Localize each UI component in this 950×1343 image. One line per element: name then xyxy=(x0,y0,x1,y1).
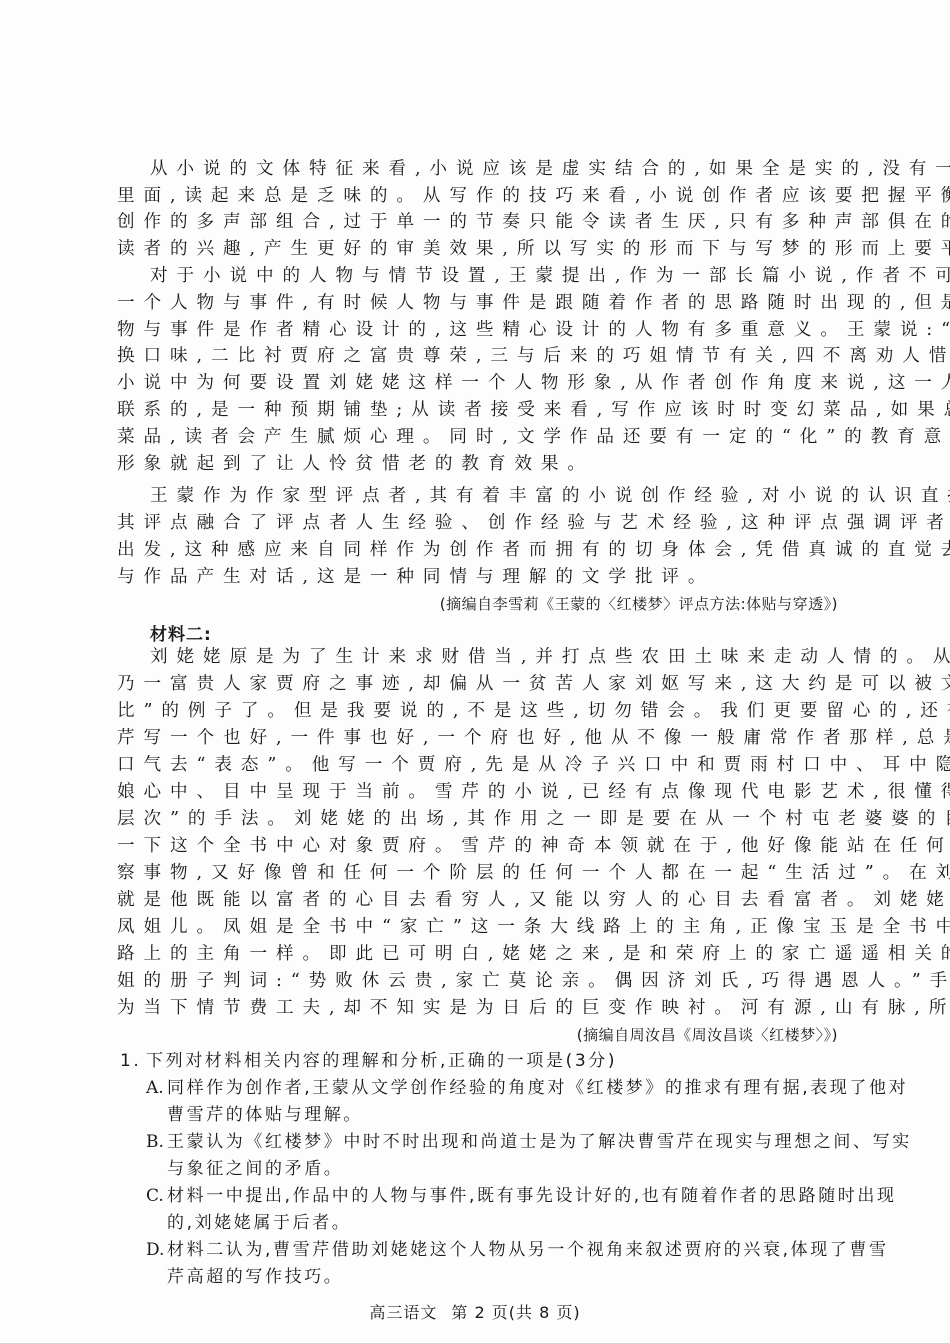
text-line: 菜品,读者会产生腻烦心理。同时,文学作品还要有一定的“化”的教育意义,刘姥姥这一… xyxy=(117,426,950,448)
text-line: 娘心中、目中呈现于当前。雪芹的小说,已经有点像现代电影艺术,很懂得运用“多角度”… xyxy=(117,781,950,803)
text-line: 路上的主角一样。即此已可明白,姥姥之来,是和荣府上的家亡遥遥相关的。试看第五回中… xyxy=(117,943,950,965)
option-a-text: 曹雪芹的体贴与理解。 xyxy=(167,1104,363,1126)
text-line: 为当下情节费工夫,却不知实是为日后的巨变作映衬。河有源,山有脉,所谓“伏线千里之… xyxy=(117,997,950,1019)
text-line: 对于小说中的人物与情节设置,王蒙提出,作为一部长篇小说,作者不可能事先设置好每 xyxy=(150,265,950,287)
source-citation: (摘编自周汝昌《周汝昌谈〈红楼梦〉》) xyxy=(577,1024,838,1046)
page-footer: 高三语文第 2 页(共 8 页) xyxy=(0,1300,950,1323)
text-line: 其评点融合了评点者人生经验、创作经验与艺术经验,这种评点强调评者要从作品给他的感… xyxy=(117,512,950,534)
text-line: 察事物,又好像曾和任何一个阶层的任何一个人都在一起“生活过”。在刘姥姥这个例子上… xyxy=(117,862,950,884)
option-d-text: 材料二认为,曹雪芹借助刘姥姥这个人物从另一个视角来叙述贾府的兴衰,体现了曹雪 xyxy=(167,1239,889,1261)
text-line: 与作品产生对话,这是一种同情与理解的文学批评。 xyxy=(117,566,714,588)
text-line: 口气去“表态”。他写一个贾府,先是从冷子兴口中和贾雨村口中、耳中隐约于远处,又从… xyxy=(117,754,950,776)
option-a-letter: A. xyxy=(146,1077,164,1099)
option-b-text: 王蒙认为《红楼梦》中时不时出现和尚道士是为了解决曹雪芹在现实与理想之间、写实 xyxy=(167,1131,912,1153)
option-c-text: 材料一中提出,作品中的人物与事件,既有事先设计好的,也有随着作者的思路随时出现 xyxy=(167,1185,897,1207)
option-d-letter: D. xyxy=(146,1239,164,1261)
text-line: 读者的兴趣,产生更好的审美效果,所以写实的形而下与写梦的形而上要平衡起来。 xyxy=(117,238,950,260)
text-line: 乃一富贵人家贾府之事迹,却偏从一贫苦人家刘妪写来,这大约是可以被文艺家称为“善用… xyxy=(117,673,950,695)
footer-page-number: 第 2 页(共 8 页) xyxy=(451,1303,580,1322)
option-b-text: 与象征之间的矛盾。 xyxy=(167,1158,343,1180)
text-line: 联系的,是一种预期铺垫;从读者接受来看,写作应该时时变幻菜品,如果总是给读者提供… xyxy=(117,399,950,421)
text-line: 姐的册子判词:“势败休云贵,家亡莫论亲。偶因济刘氏,巧得遇恩人。”手写此而目注彼… xyxy=(117,970,950,992)
option-c-letter: C. xyxy=(146,1185,164,1207)
option-d-text: 芹高超的写作技巧。 xyxy=(167,1266,343,1288)
text-line: 里面,读起来总是乏味的。从写作的技巧来看,小说创作者应该要把握平衡原则,类似于音… xyxy=(117,185,950,207)
option-b-letter: B. xyxy=(146,1131,164,1153)
question-number: 1. xyxy=(120,1050,141,1072)
text-line: 出发,这种感应来自同样作为创作者而拥有的切身体会,凭借真诚的直觉去体验创作,更容… xyxy=(117,539,950,561)
text-line: 凤姐儿。凤姐是全书中“家亡”这一条大线路上的主角,正像宝玉是全书中“人散”这一条… xyxy=(117,916,950,938)
text-line: 小说中为何要设置刘姥姥这样一个人物形象,从作者创作角度来说,这一人物是与后文有密… xyxy=(117,372,950,394)
text-line: 一下这个全书中心对象贾府。雪芹的神奇本领就在于,他好像能站在任何一个“立场点”去… xyxy=(117,835,950,857)
text-line: 比”的例子了。但是我要说的,不是这些,切勿错会。我们更要留心的,还有一层道理,就… xyxy=(117,700,950,722)
question-stem: 下列对材料相关内容的理解和分析,正确的一项是(3分) xyxy=(146,1050,617,1072)
option-c-text: 的,刘姥姥属于后者。 xyxy=(167,1212,351,1234)
text-line: 层次”的手法。刘姥姥的出场,其作用之一即是要在从一个村屯老婆婆的目中、心中,来显… xyxy=(117,808,950,830)
section-heading: 材料二: xyxy=(150,620,212,645)
text-line: 创作的多声部组合,过于单一的节奏只能令读者生厌,只有多种声部俱在的复调结构才能引… xyxy=(117,211,950,233)
text-line: 王蒙作为作家型评点者,其有着丰富的小说创作经验,对小说的认识直接而更令人信服, xyxy=(150,485,950,507)
text-line: 刘姥姥原是为了生计来求财借当,并打点些农田土味来走动人情的。从这个角度讲,全书 xyxy=(150,646,950,668)
text-line: 换口味,二比衬贾府之富贵尊荣,三与后来的巧姐情节有关,四不离劝人惜老怜贫之旨。”… xyxy=(117,345,950,367)
exam-page: 从小说的文体特征来看,小说应该是虚实结合的,如果全是实的,没有一点想象的东西在 … xyxy=(0,0,950,1343)
option-a-text: 同样作为创作者,王蒙从文学创作经验的角度对《红楼梦》的推求有理有据,表现了他对 xyxy=(167,1077,908,1099)
footer-subject: 高三语文 xyxy=(369,1303,437,1322)
text-line: 形象就起到了让人怜贫惜老的教育效果。 xyxy=(117,453,594,475)
text-line: 物与事件是作者精心设计的,这些精心设计的人物有多重意义。王蒙说:“硬要写刘姥姥,… xyxy=(117,319,950,341)
text-line: 一个人物与事件,有时候人物与事件是跟随着作者的思路随时出现的,但是,也存在有一些… xyxy=(117,292,950,314)
source-citation: (摘编自李雪莉《王蒙的〈红楼梦〉评点方法:体贴与穿透》) xyxy=(440,593,838,615)
text-line: 就是他既能以富者的心目去看穷人,又能以穷人的心目去看富者。刘姥姥第一次入府,看的… xyxy=(117,889,950,911)
text-line: 从小说的文体特征来看,小说应该是虚实结合的,如果全是实的,没有一点想象的东西在 xyxy=(150,158,950,180)
text-line: 芹写一个也好,一件事也好,一个府也好,他从不像一般庸常作者那样,总是急于用自己的… xyxy=(117,727,950,749)
